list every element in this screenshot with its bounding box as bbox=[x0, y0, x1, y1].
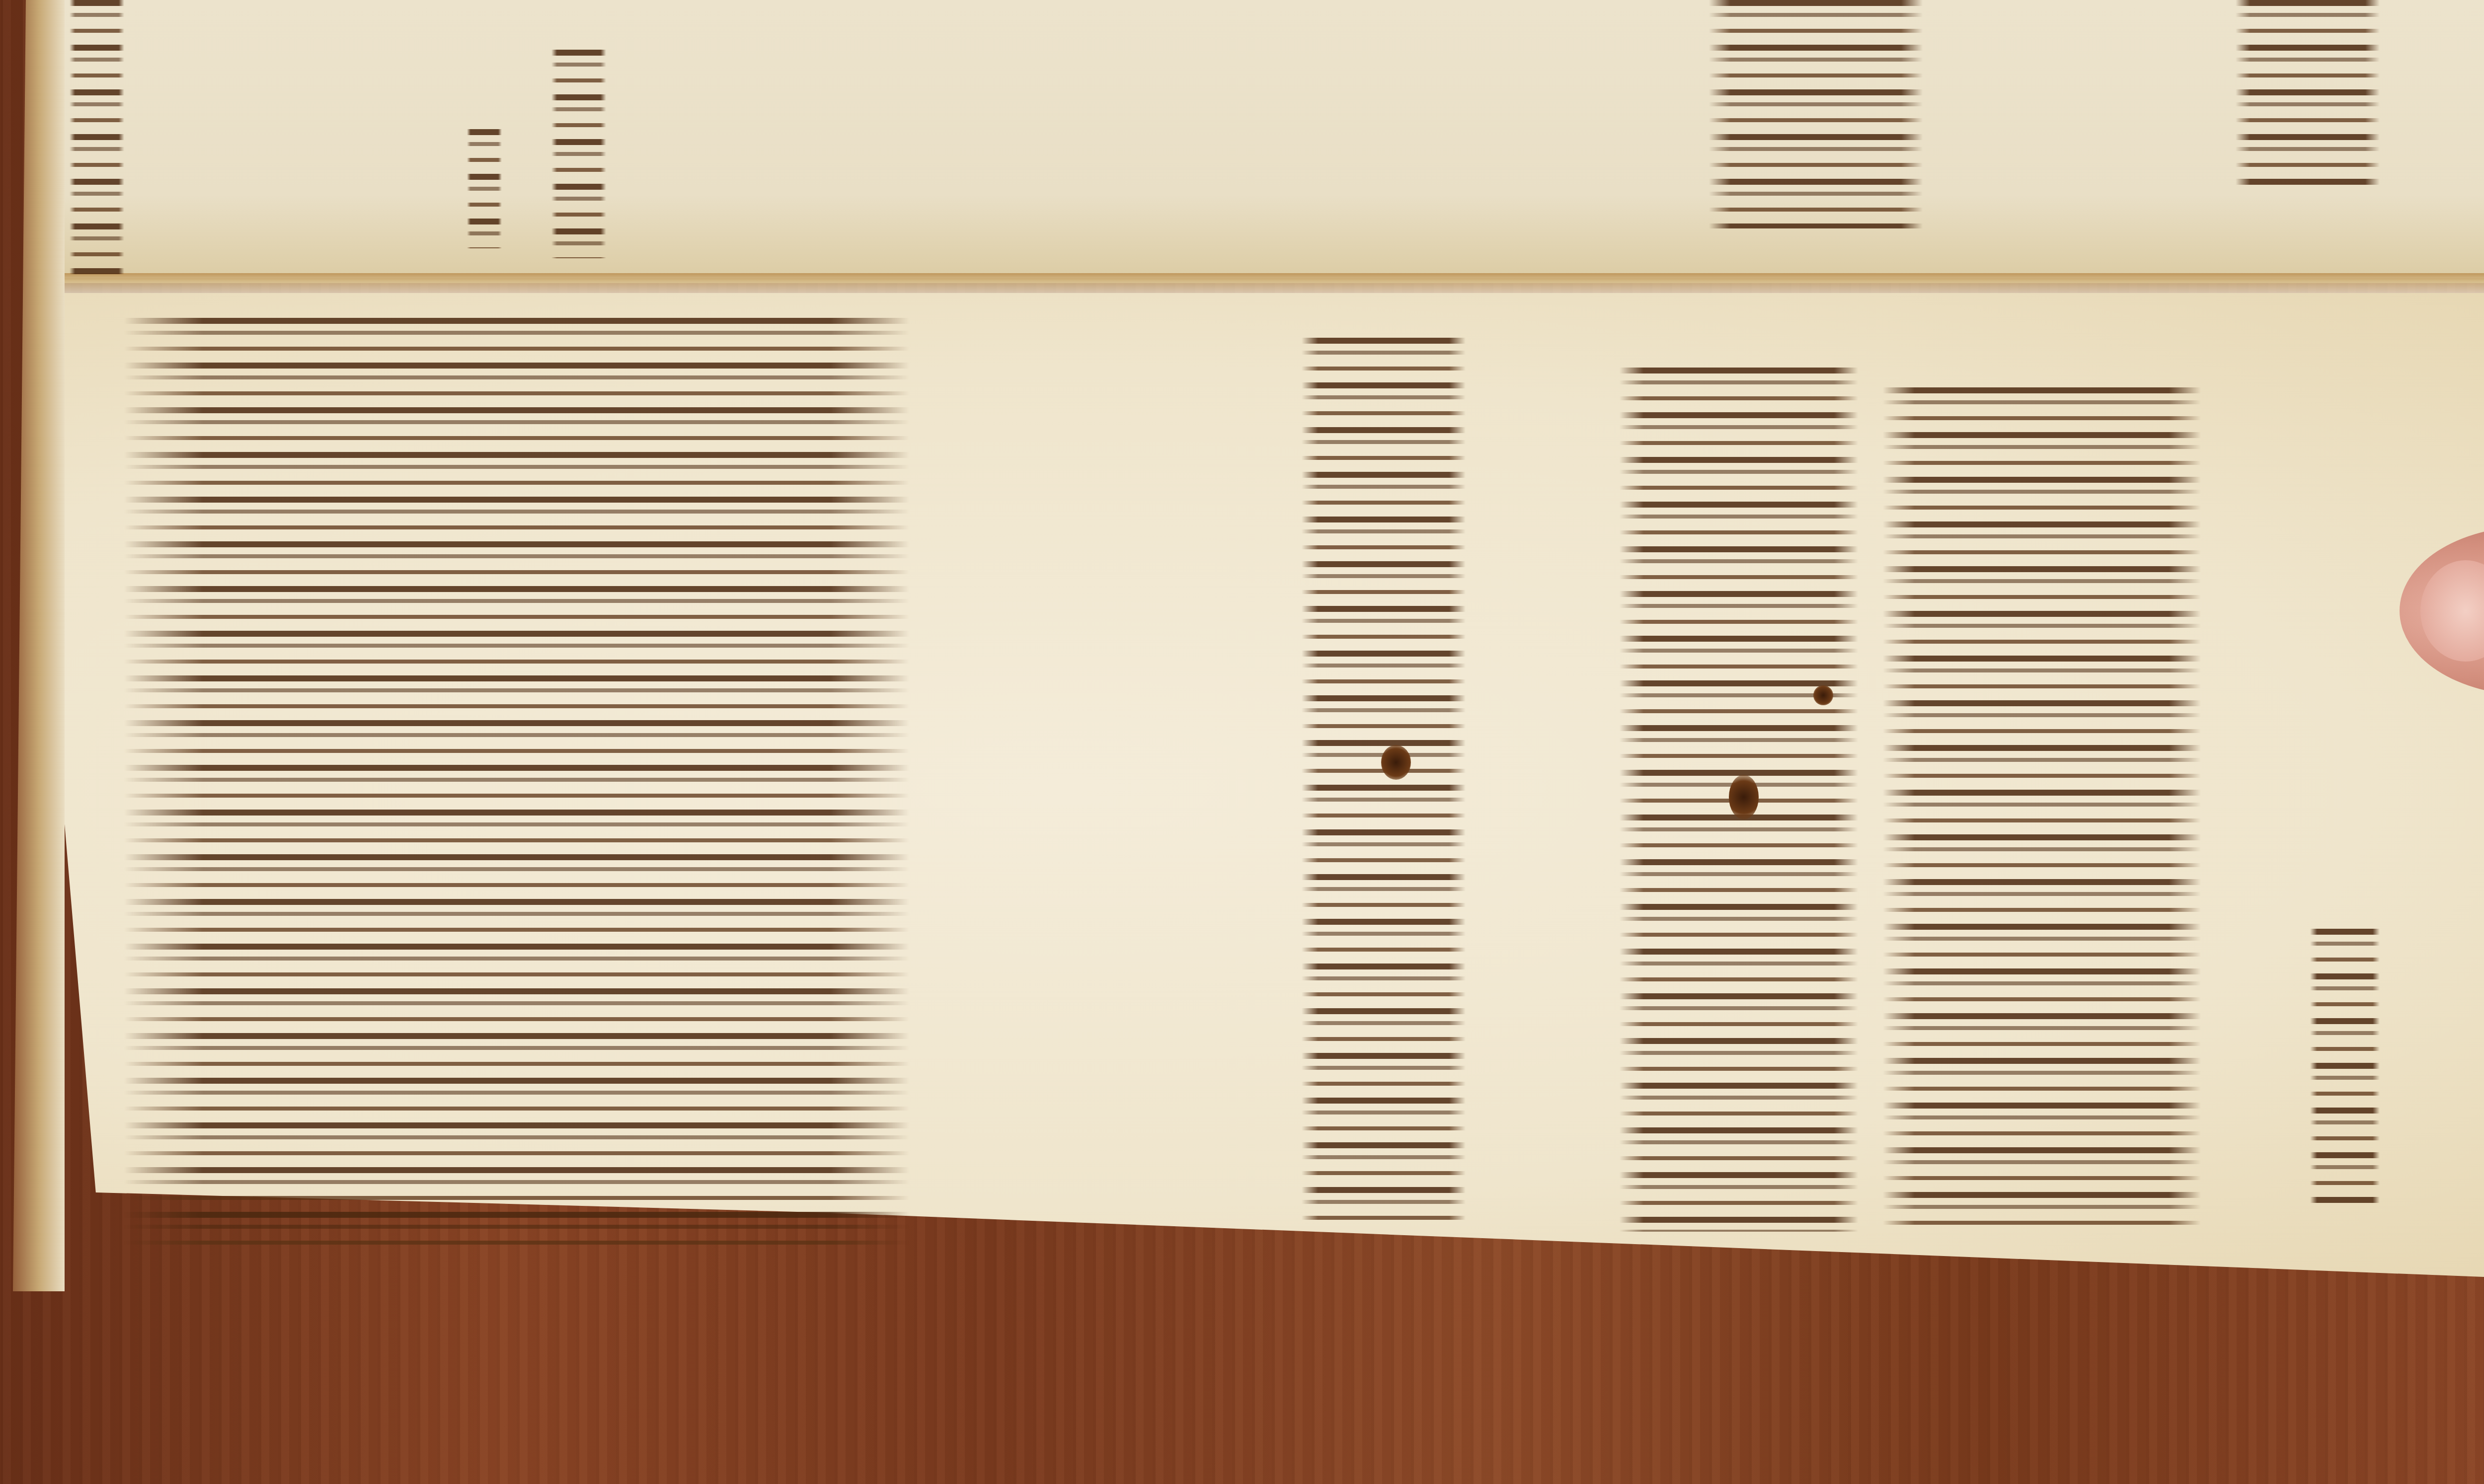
handwriting-block bbox=[1709, 0, 1923, 228]
ink-stain bbox=[1813, 685, 1833, 705]
handwriting-block bbox=[551, 50, 606, 258]
fold-crease bbox=[35, 273, 2484, 293]
manuscript-top-panel bbox=[35, 0, 2484, 283]
ink-stain bbox=[1381, 745, 1411, 780]
handwriting-block bbox=[124, 318, 909, 1257]
handwriting-block bbox=[1883, 387, 2201, 1232]
ink-stain bbox=[1729, 775, 1759, 819]
handwriting-block bbox=[70, 0, 124, 278]
handwriting-block bbox=[2310, 929, 2380, 1207]
handwriting-block bbox=[2236, 0, 2380, 189]
handwriting-block bbox=[1302, 338, 1466, 1227]
fingernail bbox=[2420, 560, 2484, 662]
handwriting-block bbox=[467, 129, 502, 248]
